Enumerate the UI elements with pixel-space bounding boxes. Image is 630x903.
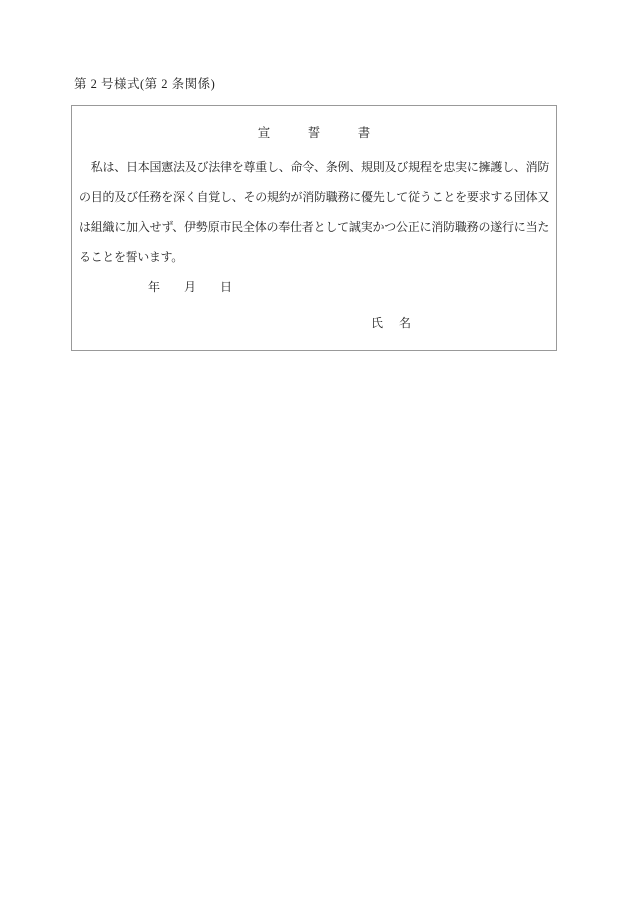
oath-body-line-3: は組織に加入せず、伊勢原市民全体の奉仕者として誠実かつ公正に消防職務の遂行に当た bbox=[79, 212, 549, 242]
name-fill-in-label: 氏 名 bbox=[79, 308, 549, 338]
oath-body-line-2: の目的及び任務を深く自覚し、その規約が消防職務に優先して従うことを要求する団体又 bbox=[79, 182, 549, 212]
form-number-label: 第 2 号様式(第 2 条関係) bbox=[74, 77, 215, 92]
oath-body-line-4: ることを誓います。 bbox=[79, 242, 549, 272]
oath-body-paragraph: 私は、日本国憲法及び法律を尊重し、命令、条例、規則及び規程を忠実に擁護し、消防 … bbox=[79, 152, 549, 272]
date-fill-in-line: 年 月 日 bbox=[79, 272, 549, 302]
document-page: 第 2 号様式(第 2 条関係) 宣 誓 書 私は、日本国憲法及び法律を尊重し、… bbox=[0, 0, 630, 903]
oath-title: 宣 誓 書 bbox=[79, 122, 549, 144]
oath-body-line-1: 私は、日本国憲法及び法律を尊重し、命令、条例、規則及び規程を忠実に擁護し、消防 bbox=[79, 152, 549, 182]
oath-form-box: 宣 誓 書 私は、日本国憲法及び法律を尊重し、命令、条例、規則及び規程を忠実に擁… bbox=[71, 105, 557, 351]
